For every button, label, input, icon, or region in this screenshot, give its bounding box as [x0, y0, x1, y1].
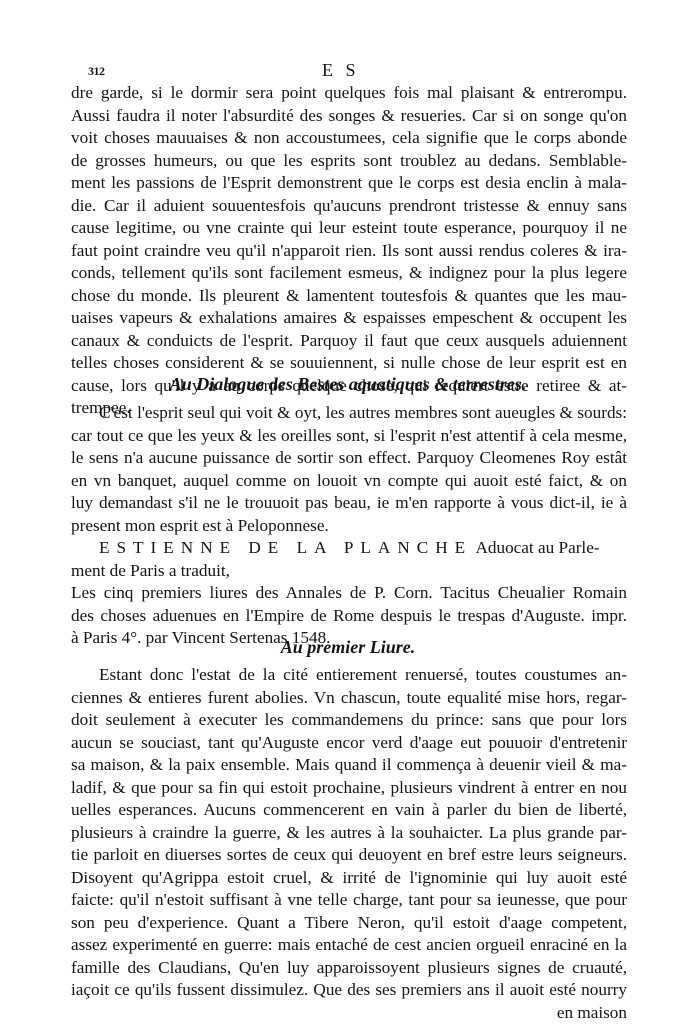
page-number: 312 — [88, 64, 105, 79]
text-line: C'est l'esprit seul qui voit & oyt, les … — [71, 402, 627, 425]
text-line: ment les passions de l'Esprit demonstren… — [71, 172, 627, 195]
author-role: Aduocat au Parle- — [472, 538, 599, 557]
text-line: de grosses humeurs, ou que les esprits s… — [71, 150, 627, 173]
running-head: E S — [322, 60, 360, 81]
text-line: conds, tellement qu'ils sont facilement … — [71, 262, 627, 285]
text-line: le sens n'a aucune puissance de sortir s… — [71, 447, 627, 470]
text-line: iaçoit ce qu'ils fussent dissimulez. Que… — [71, 979, 627, 1002]
text-line: plusieurs à craindre la guerre, & les au… — [71, 822, 627, 845]
text-line: present mon esprit est à Peloponnese. — [71, 515, 627, 538]
text-line: Disoyent qu'Agrippa estoit cruel, & irri… — [71, 867, 627, 890]
text-line: ment de Paris a traduit, — [71, 560, 627, 583]
text-line: faicte: qu'il n'estoit suffisant à vne t… — [71, 889, 627, 912]
text-line: famille des Claudians, Qu'en luy apparoi… — [71, 957, 627, 980]
bibliographic-entry: ESTIENNE DE LA PLANCHE Aduocat au Parle-… — [71, 537, 627, 650]
text-line: ESTIENNE DE LA PLANCHE Aduocat au Parle- — [71, 537, 627, 560]
text-line: assez experimenté en guerre: mais entach… — [71, 934, 627, 957]
text-line: aucun se souciast, tant qu'Auguste encor… — [71, 732, 627, 755]
text-line: son peu d'experience. Quant a Tibere Ner… — [71, 912, 627, 935]
text-line: ladif, & que pour sa fin qui estoit proc… — [71, 777, 627, 800]
page-header: 312 E S — [0, 62, 696, 82]
text-line: tie parloit en diuerses sortes de ceux q… — [71, 844, 627, 867]
author-name: ESTIENNE DE LA PLANCHE — [99, 538, 472, 557]
text-line: telles choses considerent & se souuienne… — [71, 352, 627, 375]
text-line: Estant donc l'estat de la cité entiereme… — [71, 664, 627, 687]
text-line: dre garde, si le dormir sera point quelq… — [71, 82, 627, 105]
text-line: canaux & conduicts de l'esprit. Parquoy … — [71, 330, 627, 353]
text-line: Les cinq premiers liures des Annales de … — [71, 582, 627, 605]
text-line: die. Car il aduient souuentesfois qu'auc… — [71, 195, 627, 218]
catchword: en maison — [71, 1002, 627, 1024]
section-heading-dialogue: Au Dialogue des Bestes aquatiques & terr… — [0, 374, 696, 395]
text-line: ciennes & entieres furent abolies. Vn ch… — [71, 687, 627, 710]
text-line: doit seulement à executer les commandeme… — [71, 709, 627, 732]
text-line: voit choses mauuaises & non accoustumees… — [71, 127, 627, 150]
text-line: Aussi faudra il noter l'absurdité des so… — [71, 105, 627, 128]
text-line: chose du monde. Ils pleurent & lamentent… — [71, 285, 627, 308]
paragraph-songes: dre garde, si le dormir sera point quelq… — [71, 82, 627, 420]
text-line: sa maison, & la paix ensemble. Mais quan… — [71, 754, 627, 777]
text-line: des choses aduenues en l'Empire de Rome … — [71, 605, 627, 628]
section-heading-premier-livre: Au premier Liure. — [0, 637, 696, 658]
text-line: uaises vapeurs & exhalations amaires & e… — [71, 307, 627, 330]
paragraph-esprit: C'est l'esprit seul qui voit & oyt, les … — [71, 402, 627, 537]
paragraph-tacitus: Estant donc l'estat de la cité entiereme… — [71, 664, 627, 1024]
text-line: en vn banquet, auquel comme on louoit vn… — [71, 470, 627, 493]
text-line: cause legitime, ou vne crainte qui leur … — [71, 217, 627, 240]
text-line: faut point craindre veu qu'il n'apparoit… — [71, 240, 627, 263]
text-line: car tout ce que les yeux & les oreilles … — [71, 425, 627, 448]
text-line: uelles esperances. Aucuns commencerent e… — [71, 799, 627, 822]
text-line: luy demandast s'il ne le trouuoit pas be… — [71, 492, 627, 515]
book-page: 312 E S dre garde, si le dormir sera poi… — [0, 0, 696, 1024]
